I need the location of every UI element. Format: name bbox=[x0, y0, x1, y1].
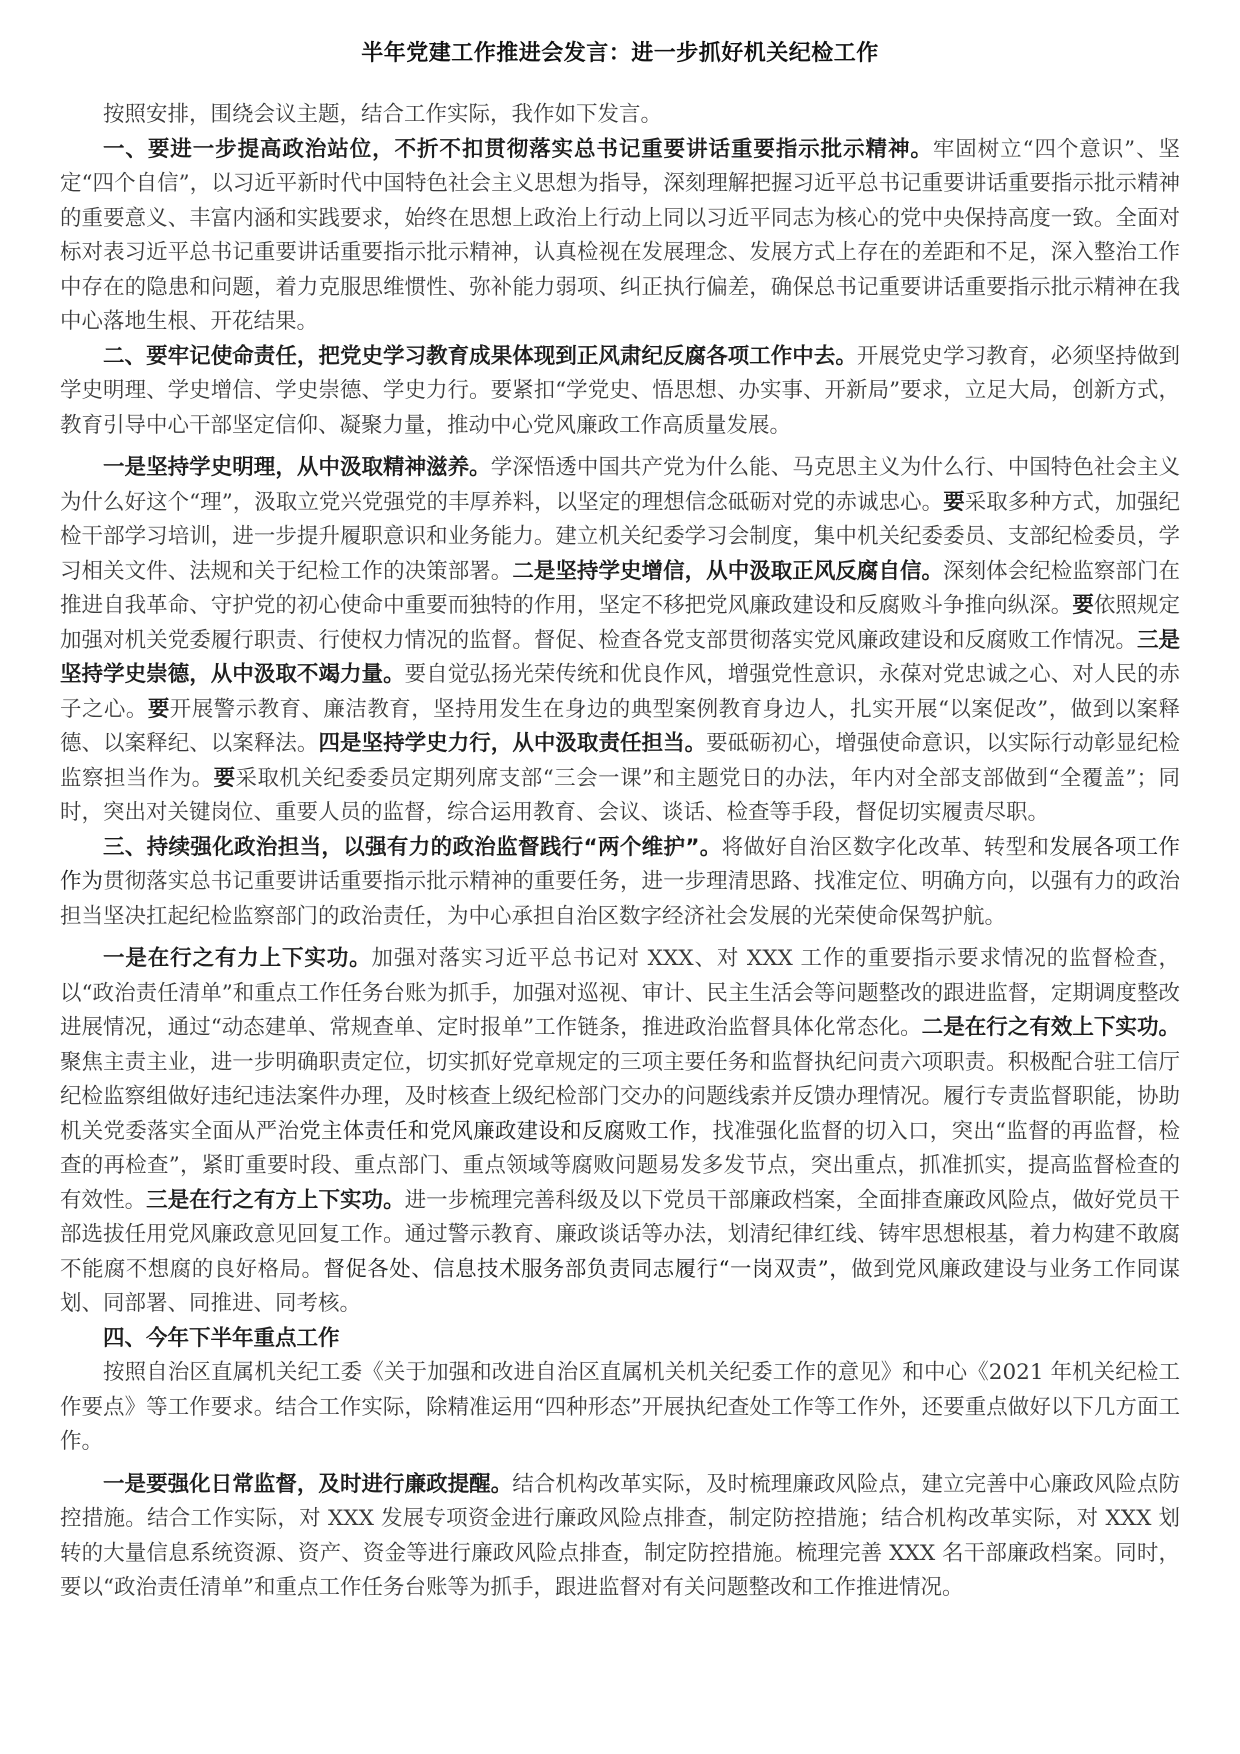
section-3-heading: 三、持续强化政治担当，以强有力的政治监督践行“两个维护”。 bbox=[103, 835, 722, 860]
s2-point-4-heading: 四是坚持学史力行，从中汲取责任担当。 bbox=[318, 731, 706, 756]
document-title: 半年党建工作推进会发言：进一步抓好机关纪检工作 bbox=[0, 36, 1240, 67]
section-2-paragraph: 二、要牢记使命责任，把党史学习教育成果体现到正风肃纪反腐各项工作中去。开展党史学… bbox=[60, 340, 1180, 444]
section-1-paragraph: 一、要进一步提高政治站位，不折不扣贯彻落实总书记重要讲话重要指示批示精神。牢固树… bbox=[60, 133, 1180, 340]
section-3-text-a: 将做好自治区数字化改革、转型和 bbox=[722, 835, 1050, 860]
section-1-heading: 一、要进一步提高政治站位，不折不扣贯彻落实总书记重要讲话重要指示批示精神。 bbox=[103, 137, 933, 162]
s3-point-3-heading: 三是在行之有方上下实功。 bbox=[146, 1188, 404, 1213]
s3-point-3-text-dark: 督促各处、信息技术服务部负责同志履行“一岗双责”， bbox=[323, 1257, 851, 1282]
section-4-heading-paragraph: 四、今年下半年重点工作 bbox=[60, 1322, 1180, 1357]
s2-point-2-yao: 要 bbox=[1072, 593, 1094, 618]
section-4-heading: 四、今年下半年重点工作 bbox=[103, 1326, 340, 1351]
section-4-text: 按照自治区直属机关纪工委《关于加强和改进自治区直属机关机关纪委工作的意见》和中心… bbox=[60, 1360, 1180, 1454]
section-4-points-paragraph: 一是要强化日常监督，及时进行廉政提醒。结合机构改革实际，及时梳理廉政风险点，建立… bbox=[60, 1468, 1180, 1606]
section-2-heading: 二、要牢记使命责任，把党史学习教育成果体现到正风肃纪反腐各项工作中去。 bbox=[103, 344, 857, 369]
section-1-text: 牢固树立“四个意识”、坚定“四个自信”，以习近平新时代中国特色社会主义思想为指导… bbox=[60, 137, 1180, 335]
intro-text: 按照安排，围绕会议主题，结合工作实际，我作如下发言。 bbox=[103, 102, 662, 127]
document-page: 半年党建工作推进会发言：进一步抓好机关纪检工作 按照安排，围绕会议主题，结合工作… bbox=[0, 0, 1240, 1754]
s2-point-2-heading: 二是坚持学史增信，从中汲取正风反腐自信。 bbox=[512, 559, 943, 584]
s3-point-2-heading: 二是在行之有效上下实功。 bbox=[922, 1015, 1180, 1040]
s3-point-2-text-dark: 党主体责任和党风廉政建设和反腐败工作 bbox=[299, 1119, 690, 1144]
section-3-points-paragraph: 一是在行之有力上下实功。加强对落实习近平总书记对 XXX、对 XXX 工作的重要… bbox=[60, 942, 1180, 1322]
s2-point-4-yao: 要 bbox=[214, 766, 236, 791]
s2-point-1-yao: 要 bbox=[943, 490, 965, 515]
section-3-paragraph: 三、持续强化政治担当，以强有力的政治监督践行“两个维护”。将做好自治区数字化改革… bbox=[60, 831, 1180, 935]
s2-point-3-yao: 要 bbox=[148, 697, 170, 722]
section-4-paragraph: 按照自治区直属机关纪工委《关于加强和改进自治区直属机关机关纪委工作的意见》和中心… bbox=[60, 1356, 1180, 1460]
document-body: 按照安排，围绕会议主题，结合工作实际，我作如下发言。 一、要进一步提高政治站位，… bbox=[60, 98, 1180, 1606]
intro-paragraph: 按照安排，围绕会议主题，结合工作实际，我作如下发言。 bbox=[60, 98, 1180, 133]
section-3-text-b: 贯彻落实总书记重要讲话重要指示批示精神的重要任务，进一步理清思路、找准定位、明确… bbox=[60, 869, 1180, 929]
s3-point-1-heading: 一是在行之有力上下实功。 bbox=[103, 946, 371, 971]
s4-point-1-heading: 一是要强化日常监督，及时进行廉政提醒。 bbox=[103, 1472, 512, 1497]
section-2-points-paragraph: 一是坚持学史明理，从中汲取精神滋养。学深悟透中国共产党为什么能、马克思主义为什么… bbox=[60, 451, 1180, 831]
s2-point-1-heading: 一是坚持学史明理，从中汲取精神滋养。 bbox=[103, 455, 491, 480]
